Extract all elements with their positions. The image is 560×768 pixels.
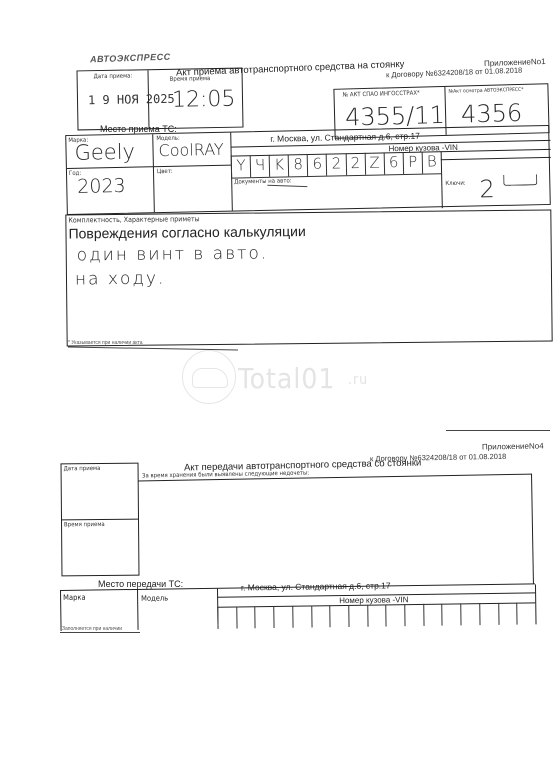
transfer-act-form: ПриложениеNo4 к Договору №6324208/18 от … bbox=[0, 430, 560, 768]
vin-char-cell[interactable] bbox=[255, 606, 275, 628]
vin-char-cell[interactable]: 6 bbox=[307, 154, 327, 176]
vin-char-cell[interactable] bbox=[236, 606, 256, 628]
vin-char-cell[interactable]: 2 bbox=[345, 153, 365, 175]
vin-char-cell[interactable] bbox=[442, 603, 462, 625]
vin-char-cell[interactable] bbox=[367, 604, 387, 626]
reception-act-form: АВТОЭКСПРЕСС ПриложениеNo1 к Договору №6… bbox=[0, 0, 560, 360]
act-auto-label: №Акт осмотра АВТОЭКСПРЕСС* bbox=[448, 87, 523, 95]
vin-char-cell[interactable] bbox=[517, 602, 537, 624]
act-auto-value[interactable]: 4356 bbox=[461, 99, 523, 129]
vin-grid: YЧK8622Z6PB bbox=[231, 151, 441, 178]
vin-char-cell[interactable]: B bbox=[422, 151, 442, 173]
keys-checkbox[interactable] bbox=[503, 174, 537, 186]
vin-char-cell[interactable] bbox=[423, 604, 443, 626]
year-value[interactable]: 2023 bbox=[77, 175, 126, 198]
model-value[interactable]: CoolRAY bbox=[158, 140, 224, 160]
footnote: * Указывается при наличии акта bbox=[68, 340, 143, 346]
vin-char-cell[interactable]: 8 bbox=[288, 154, 308, 176]
vin-char-cell[interactable] bbox=[460, 603, 480, 625]
vin-char-cell[interactable] bbox=[329, 605, 349, 627]
vin-char-cell[interactable]: K bbox=[269, 154, 289, 176]
keys-value[interactable]: 2 bbox=[479, 175, 495, 203]
vin-char-cell[interactable] bbox=[404, 604, 424, 626]
handwritten-note-line2[interactable]: на ходу. bbox=[75, 269, 166, 290]
keys-label: Ключи: bbox=[445, 180, 465, 187]
date-time-box: Дата приема Время приема bbox=[61, 463, 140, 577]
vin-char-cell[interactable]: P bbox=[402, 152, 422, 174]
date-label: Дата приема bbox=[64, 465, 101, 472]
defects-box[interactable] bbox=[138, 474, 534, 591]
watermark-text: Total01 bbox=[238, 362, 335, 395]
vehicle-info-box: Марка Модель г. Москва, ул. Стандартная … bbox=[60, 583, 536, 631]
equipment-box: Комплектность, Характерные приметы Повре… bbox=[65, 209, 552, 346]
equipment-label: Комплектность, Характерные приметы bbox=[68, 215, 199, 224]
vin-char-cell[interactable]: Ч bbox=[250, 155, 270, 177]
date-label: Дата приема: bbox=[94, 72, 133, 80]
watermark: Total01 .ru bbox=[182, 350, 382, 410]
docs-value[interactable] bbox=[267, 185, 307, 187]
brand-value[interactable]: Geely bbox=[74, 140, 135, 165]
address: г. Москва, ул. Стандартная д.6, стр.17 bbox=[270, 131, 420, 144]
time-value[interactable]: 12:05 bbox=[172, 87, 236, 113]
vin-char-cell[interactable] bbox=[498, 603, 518, 625]
vin-char-cell[interactable]: Z bbox=[364, 152, 384, 174]
appendix-number: ПриложениеNo4 bbox=[482, 441, 544, 451]
vin-char-cell[interactable] bbox=[292, 605, 312, 627]
model-label: Модель bbox=[141, 593, 168, 602]
vin-char-cell[interactable] bbox=[348, 605, 368, 627]
address: г. Москва, ул. Стандартная д.6, стр.17 bbox=[241, 580, 391, 592]
vin-char-cell[interactable] bbox=[386, 604, 406, 626]
color-label: Цвет: bbox=[157, 168, 173, 175]
damage-text: Повреждения согласно калькуляции bbox=[68, 223, 305, 241]
vin-char-cell[interactable]: 6 bbox=[383, 152, 403, 174]
date-value[interactable]: 1 9 НОЯ 2025 bbox=[88, 92, 175, 108]
handwritten-note-line1[interactable]: один винт в авто. bbox=[77, 243, 269, 265]
act-ingos-label: № АКТ СПАО ИНГОССТРАХ* bbox=[342, 90, 419, 99]
time-label: Время приема bbox=[64, 521, 105, 528]
vin-char-cell[interactable]: 2 bbox=[326, 153, 346, 175]
date-time-box: Дата приема: 1 9 НОЯ 2025 Время приема 1… bbox=[76, 68, 243, 131]
vin-char-cell[interactable] bbox=[217, 607, 237, 629]
vin-char-cell[interactable] bbox=[273, 606, 293, 628]
watermark-suffix: .ru bbox=[348, 372, 368, 388]
vin-char-cell[interactable] bbox=[311, 605, 331, 627]
company-logo: АВТОЭКСПРЕСС bbox=[90, 52, 171, 65]
time-label: Время приема bbox=[170, 75, 211, 83]
brand-label: Марка bbox=[63, 593, 86, 602]
vehicle-info-box: г. Москва, ул. Стандартная д.6, стр.17 Н… bbox=[65, 125, 551, 215]
vin-grid bbox=[217, 602, 535, 628]
vin-char-cell[interactable] bbox=[479, 603, 499, 625]
vin-char-cell[interactable]: Y bbox=[231, 155, 251, 177]
